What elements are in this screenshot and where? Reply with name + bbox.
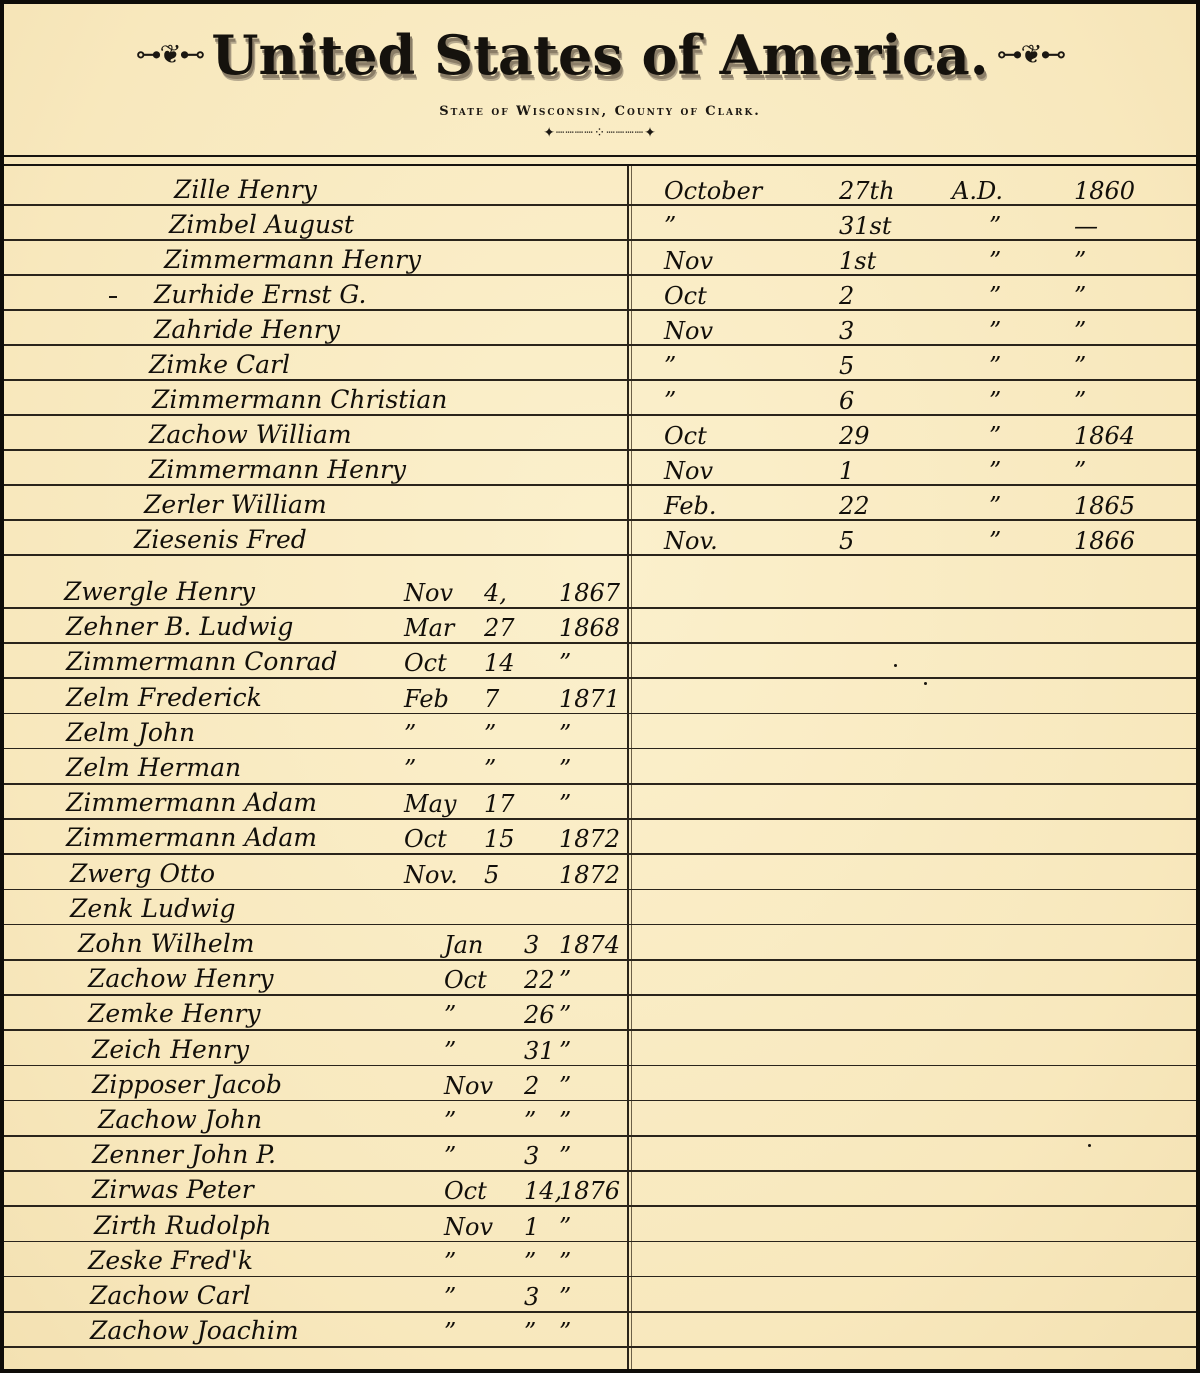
entry-name: Zachow Henry bbox=[88, 966, 274, 991]
entry-day: 3 bbox=[524, 1285, 539, 1309]
entry-name: Zurhide Ernst G. bbox=[154, 282, 366, 307]
entry-name: Zirth Rudolph bbox=[94, 1213, 272, 1238]
ruled-line bbox=[4, 519, 1196, 521]
entry-day: ” bbox=[524, 1250, 536, 1274]
masthead: ⊶❦⊷ United States of America. ⊶❦⊷ State … bbox=[4, 28, 1196, 141]
title-row: ⊶❦⊷ United States of America. ⊶❦⊷ bbox=[4, 28, 1196, 82]
entry-month: Nov bbox=[404, 581, 453, 605]
entry-year: ” bbox=[559, 1144, 571, 1168]
entry-month: Oct bbox=[664, 424, 707, 448]
entry-month: Nov. bbox=[664, 529, 718, 553]
ruled-line bbox=[4, 1205, 1196, 1207]
entry-era: ” bbox=[989, 319, 1001, 343]
entry-name: Zenner John P. bbox=[92, 1142, 276, 1167]
entry-month: May bbox=[404, 792, 456, 816]
ruled-line bbox=[4, 204, 1196, 206]
entry-name: Zwergle Henry bbox=[64, 579, 255, 604]
entry-month: Nov bbox=[444, 1215, 493, 1239]
entry-year: 1866 bbox=[1074, 529, 1135, 553]
entry-day: 1 bbox=[524, 1215, 539, 1239]
entry-month: ” bbox=[444, 1144, 456, 1168]
ruled-line bbox=[4, 274, 1196, 276]
ink-speck bbox=[1088, 1144, 1091, 1147]
ruled-line bbox=[4, 677, 1196, 679]
entry-name: Zohn Wilhelm bbox=[78, 931, 254, 956]
entry-name: Zeske Fred'k bbox=[88, 1248, 253, 1273]
entry-name: Zipposer Jacob bbox=[92, 1072, 282, 1097]
entry-month: Nov bbox=[664, 459, 713, 483]
page-title: United States of America. bbox=[211, 28, 988, 82]
entry-year: ” bbox=[559, 722, 571, 746]
column-divider bbox=[627, 166, 632, 1369]
entry-day: 14 bbox=[484, 651, 515, 675]
entry-era: ” bbox=[989, 214, 1001, 238]
entry-month: ” bbox=[404, 757, 416, 781]
entry-day: 15 bbox=[484, 827, 515, 851]
entry-year: ” bbox=[1074, 389, 1086, 413]
ruled-line bbox=[4, 309, 1196, 311]
entry-name: Zahride Henry bbox=[154, 317, 340, 342]
entry-month: Jan bbox=[444, 933, 483, 957]
entry-day: 4, bbox=[484, 581, 507, 605]
ruled-line bbox=[4, 1241, 1196, 1243]
entry-name: Zimmermann Conrad bbox=[66, 649, 337, 674]
entry-month: Nov bbox=[444, 1074, 493, 1098]
entry-year: ” bbox=[559, 1250, 571, 1274]
entry-day: 5 bbox=[839, 529, 854, 553]
entry-year: ” bbox=[559, 792, 571, 816]
entry-day: 29 bbox=[839, 424, 870, 448]
entry-month: ” bbox=[664, 354, 676, 378]
entry-name: Zachow Carl bbox=[90, 1283, 251, 1308]
entry-name: Zwerg Otto bbox=[70, 861, 215, 886]
entry-year: 1871 bbox=[559, 687, 620, 711]
ruled-line bbox=[4, 1311, 1196, 1313]
ruled-line bbox=[4, 959, 1196, 961]
entry-year: ” bbox=[1074, 284, 1086, 308]
entry-year: ” bbox=[559, 1074, 571, 1098]
entry-year: 1860 bbox=[1074, 179, 1135, 203]
ruled-line bbox=[4, 344, 1196, 346]
left-flourish-icon: ⊶❦⊷ bbox=[136, 42, 204, 68]
entry-name: Zimke Carl bbox=[149, 352, 290, 377]
entry-name: Zille Henry bbox=[174, 177, 317, 202]
entry-year: — bbox=[1074, 214, 1098, 238]
entry-month: ” bbox=[664, 389, 676, 413]
entry-year: ” bbox=[559, 757, 571, 781]
entry-day: 3 bbox=[524, 1144, 539, 1168]
entry-era: ” bbox=[989, 389, 1001, 413]
ruled-line bbox=[4, 1346, 1196, 1348]
entry-year: ” bbox=[559, 1285, 571, 1309]
ruled-line bbox=[4, 642, 1196, 644]
entry-year: 1872 bbox=[559, 863, 620, 887]
entry-name: Zerler William bbox=[144, 492, 327, 517]
entry-day: 2 bbox=[839, 284, 854, 308]
ruled-line bbox=[4, 607, 1196, 609]
entry-era: ” bbox=[989, 529, 1001, 553]
register-page: ⊶❦⊷ United States of America. ⊶❦⊷ State … bbox=[4, 4, 1196, 1369]
header-rule bbox=[4, 155, 1196, 157]
ruled-line bbox=[4, 449, 1196, 451]
entry-year: 1865 bbox=[1074, 494, 1135, 518]
entry-name: Zachow William bbox=[149, 422, 352, 447]
entry-month: ” bbox=[444, 1285, 456, 1309]
right-flourish-icon: ⊶❦⊷ bbox=[997, 42, 1065, 68]
entry-day: 17 bbox=[484, 792, 515, 816]
entry-name: Zemke Henry bbox=[88, 1001, 261, 1026]
ruled-line bbox=[4, 713, 1196, 715]
entry-name: Zehner B. Ludwig bbox=[66, 614, 293, 639]
entry-era: ” bbox=[989, 249, 1001, 273]
entry-era: ” bbox=[989, 424, 1001, 448]
entry-day: 22 bbox=[839, 494, 870, 518]
ruled-line bbox=[4, 554, 1196, 556]
ink-dash bbox=[109, 296, 117, 298]
entry-month: ” bbox=[444, 1320, 456, 1344]
entry-month: Oct bbox=[664, 284, 707, 308]
ruled-line bbox=[4, 414, 1196, 416]
entry-month: Nov. bbox=[404, 863, 458, 887]
entry-year: ” bbox=[1074, 459, 1086, 483]
entry-name: Zeich Henry bbox=[92, 1037, 249, 1062]
entry-month: Nov bbox=[664, 249, 713, 273]
entry-year: ” bbox=[559, 1039, 571, 1063]
ruled-line bbox=[4, 853, 1196, 855]
ruled-line bbox=[4, 1135, 1196, 1137]
entry-era: ” bbox=[989, 459, 1001, 483]
entry-day: ” bbox=[484, 722, 496, 746]
entry-month: Oct bbox=[444, 1179, 487, 1203]
entry-year: 1872 bbox=[559, 827, 620, 851]
entry-name: Zimmermann Christian bbox=[152, 387, 447, 412]
entry-era: ” bbox=[989, 494, 1001, 518]
ink-speck bbox=[894, 664, 897, 667]
ruled-line bbox=[4, 1276, 1196, 1278]
entry-day: 3 bbox=[524, 933, 539, 957]
entry-year: ” bbox=[559, 1320, 571, 1344]
entry-day: 3 bbox=[839, 319, 854, 343]
entry-name: Ziesenis Fred bbox=[134, 527, 307, 552]
entry-day: 22 bbox=[524, 968, 555, 992]
entry-day: 27th bbox=[839, 179, 895, 203]
entry-day: ” bbox=[524, 1109, 536, 1133]
page-subtitle: State of Wisconsin, County of Clark. bbox=[4, 104, 1196, 119]
ruled-line bbox=[4, 748, 1196, 750]
entry-month: ” bbox=[444, 1039, 456, 1063]
ruled-line bbox=[4, 818, 1196, 820]
entry-year: ” bbox=[1074, 354, 1086, 378]
entry-day: 31 bbox=[524, 1039, 555, 1063]
entry-name: Zimmermann Adam bbox=[66, 790, 317, 815]
entry-month: ” bbox=[404, 722, 416, 746]
ruled-line bbox=[4, 1170, 1196, 1172]
ruled-line bbox=[4, 1029, 1196, 1031]
entry-month: ” bbox=[444, 1003, 456, 1027]
entry-month: ” bbox=[664, 214, 676, 238]
ruled-line bbox=[4, 1100, 1196, 1102]
entry-month: Mar bbox=[404, 616, 454, 640]
entry-year: ” bbox=[1074, 249, 1086, 273]
entry-name: Zelm Herman bbox=[66, 755, 241, 780]
entry-era: ” bbox=[989, 284, 1001, 308]
entry-month: ” bbox=[444, 1109, 456, 1133]
entry-year: ” bbox=[559, 1003, 571, 1027]
entry-name: Zelm Frederick bbox=[66, 685, 262, 710]
entry-name: Zimmermann Henry bbox=[149, 457, 406, 482]
entry-day: 31st bbox=[839, 214, 892, 238]
entry-name: Zimbel August bbox=[169, 212, 354, 237]
entry-day: 6 bbox=[839, 389, 854, 413]
entry-day: ” bbox=[524, 1320, 536, 1344]
entry-era: A.D. bbox=[952, 179, 1003, 203]
entry-day: 1 bbox=[839, 459, 854, 483]
entry-month: Oct bbox=[404, 827, 447, 851]
entry-year: 1868 bbox=[559, 616, 620, 640]
center-ornament-icon: ✦┈┈┈┈⁘┈┈┈┈✦ bbox=[4, 125, 1196, 141]
entry-name: Zachow Joachim bbox=[90, 1318, 299, 1343]
entry-day: 14, bbox=[524, 1179, 562, 1203]
entry-month: Oct bbox=[404, 651, 447, 675]
entry-year: ” bbox=[1074, 319, 1086, 343]
entry-month: Feb. bbox=[664, 494, 717, 518]
ruled-line bbox=[4, 994, 1196, 996]
entry-name: Zelm John bbox=[66, 720, 195, 745]
entry-year: ” bbox=[559, 1109, 571, 1133]
entry-day: ” bbox=[484, 757, 496, 781]
entry-year: 1864 bbox=[1074, 424, 1135, 448]
entry-year: 1867 bbox=[559, 581, 620, 605]
entry-day: 26 bbox=[524, 1003, 555, 1027]
header-rule bbox=[4, 164, 1196, 166]
entry-day: 1st bbox=[839, 249, 876, 273]
entry-name: Zirwas Peter bbox=[92, 1177, 254, 1202]
entry-day: 27 bbox=[484, 616, 515, 640]
entry-month: ” bbox=[444, 1250, 456, 1274]
entry-month: Nov bbox=[664, 319, 713, 343]
entry-day: 2 bbox=[524, 1074, 539, 1098]
ink-speck bbox=[924, 682, 927, 685]
ruled-line bbox=[4, 924, 1196, 926]
entry-year: ” bbox=[559, 651, 571, 675]
entry-year: ” bbox=[559, 968, 571, 992]
entry-year: 1874 bbox=[559, 933, 620, 957]
entry-month: Oct bbox=[444, 968, 487, 992]
ruled-line bbox=[4, 379, 1196, 381]
entry-month: October bbox=[664, 179, 762, 203]
entry-day: 5 bbox=[484, 863, 499, 887]
entry-name: Zimmermann Henry bbox=[164, 247, 421, 272]
ruled-line bbox=[4, 1065, 1196, 1067]
entry-name: Zenk Ludwig bbox=[70, 896, 235, 921]
ruled-line bbox=[4, 239, 1196, 241]
entry-era: ” bbox=[989, 354, 1001, 378]
ruled-line bbox=[4, 783, 1196, 785]
entry-year: 1876 bbox=[559, 1179, 620, 1203]
entry-month: Feb bbox=[404, 687, 449, 711]
entry-year: ” bbox=[559, 1215, 571, 1239]
entry-name: Zimmermann Adam bbox=[66, 825, 317, 850]
entry-day: 7 bbox=[484, 687, 499, 711]
ruled-line bbox=[4, 484, 1196, 486]
entry-day: 5 bbox=[839, 354, 854, 378]
entry-name: Zachow John bbox=[98, 1107, 262, 1132]
ruled-line bbox=[4, 889, 1196, 891]
